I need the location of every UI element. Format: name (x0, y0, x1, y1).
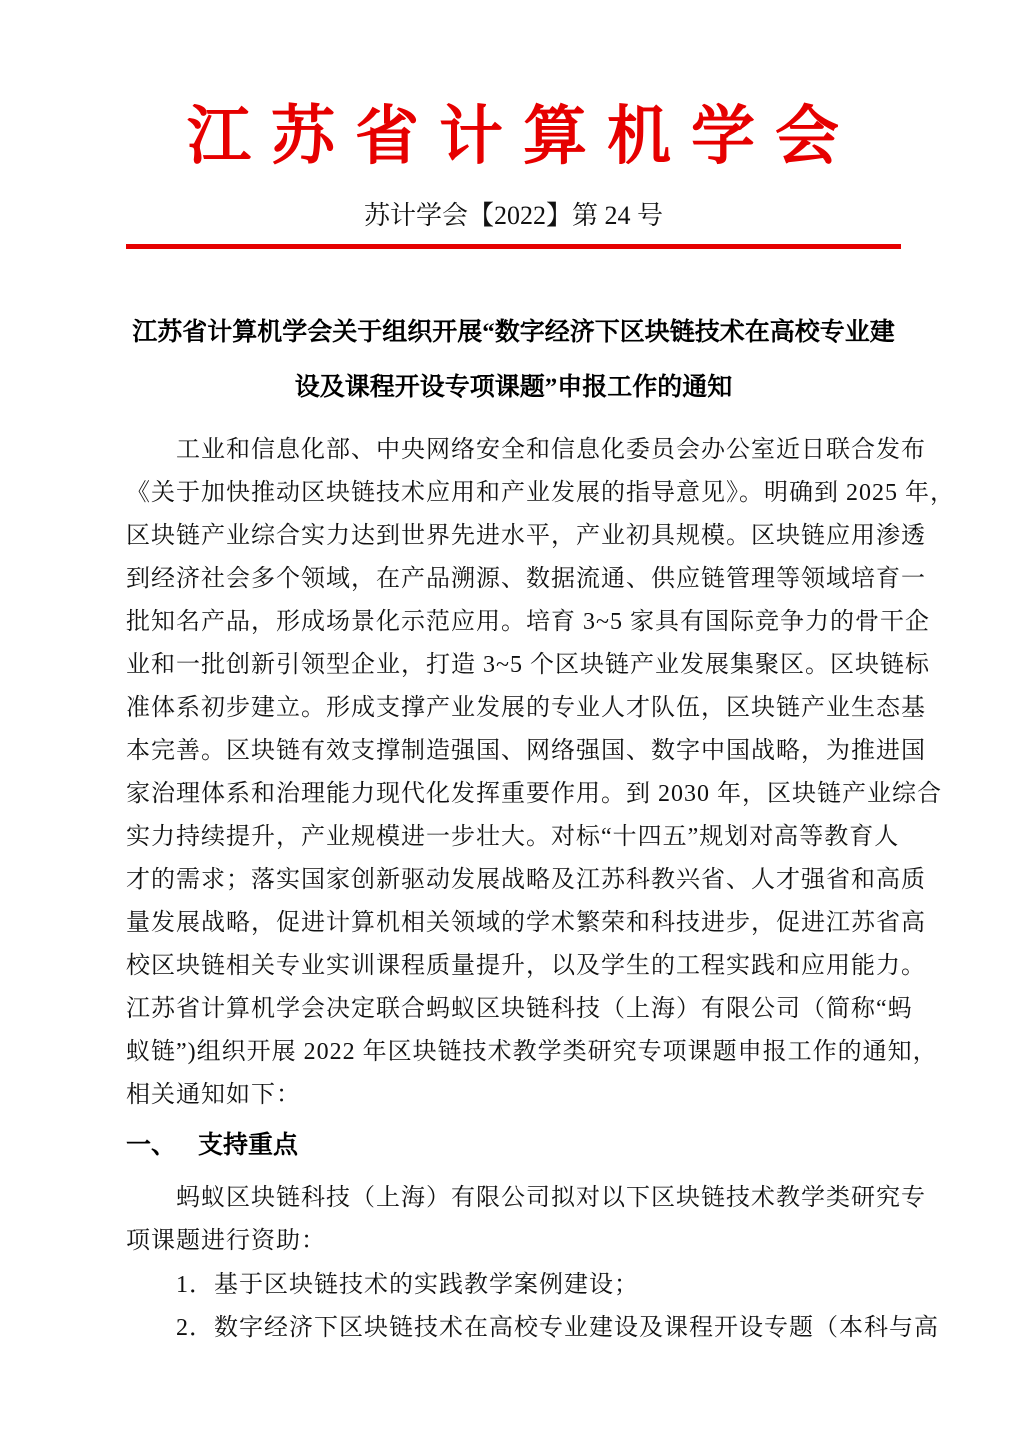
notice-title-line-2: 设及课程开设专项课题”申报工作的通知 (126, 360, 901, 415)
notice-title: 江苏省计算机学会关于组织开展“数字经济下区块链技术在高校专业建 设及课程开设专项… (126, 305, 901, 415)
body-line: 本完善。区块链有效支撑制造强国、网络强国、数字中国战略，为推进国 (126, 730, 901, 773)
body-line: 校区块链相关专业实训课程质量提升，以及学生的工程实践和应用能力。 (126, 945, 901, 988)
body-line: 蚁链”)组织开展 2022 年区块链技术教学类研究专项课题申报工作的通知， (126, 1031, 901, 1074)
notice-body: 工业和信息化部、中央网络安全和信息化委员会办公室近日联合发布 《关于加快推动区块… (126, 429, 901, 1117)
body-line: 蚂蚁区块链科技（上海）有限公司拟对以下区块链技术教学类研究专 (126, 1177, 901, 1220)
document-header: 江 苏 省 计 算 机 学 会 苏计学会【2022】第 24 号 (126, 100, 901, 249)
section-1-items: 1．基于区块链技术的实践教学案例建设； 2．数字经济下区块链技术在高校专业建设及… (126, 1264, 901, 1350)
notice-title-line-1: 江苏省计算机学会关于组织开展“数字经济下区块链技术在高校专业建 (126, 305, 901, 360)
body-line: 实力持续提升，产业规模进一步壮大。对标“十四五”规划对高等教育人 (126, 816, 901, 859)
section-1-heading-label: 支持重点 (198, 1123, 298, 1168)
body-line: 准体系初步建立。形成支撑产业发展的专业人才队伍，区块链产业生态基 (126, 687, 901, 730)
body-line: 相关通知如下： (126, 1074, 901, 1117)
body-line: 家治理体系和治理能力现代化发挥重要作用。到 2030 年，区块链产业综合 (126, 773, 901, 816)
body-line: 《关于加快推动区块链技术应用和产业发展的指导意见》。明确到 2025 年， (126, 472, 901, 515)
doc-number: 苏计学会【2022】第 24 号 (126, 200, 901, 231)
document-page: 江 苏 省 计 算 机 学 会 苏计学会【2022】第 24 号 江苏省计算机学… (0, 0, 1024, 1448)
body-line: 区块链产业综合实力达到世界先进水平，产业初具规模。区块链应用渗透 (126, 515, 901, 558)
section-1-paragraph: 蚂蚁区块链科技（上海）有限公司拟对以下区块链技术教学类研究专 项课题进行资助： (126, 1177, 901, 1263)
body-line: 到经济社会多个领域，在产品溯源、数据流通、供应链管理等领域培育一 (126, 558, 901, 601)
body-line: 业和一批创新引领型企业，打造 3~5 个区块链产业发展集聚区。区块链标 (126, 644, 901, 687)
body-line: 批知名产品，形成场景化示范应用。培育 3~5 家具有国际竞争力的骨干企 (126, 601, 901, 644)
section-1-heading: 一、 支持重点 (126, 1123, 901, 1168)
masthead-divider-rule (126, 244, 901, 249)
section-1-number: 一、 (126, 1123, 176, 1168)
list-item: 2．数字经济下区块链技术在高校专业建设及课程开设专题（本科与高 (126, 1307, 901, 1350)
body-line: 工业和信息化部、中央网络安全和信息化委员会办公室近日联合发布 (126, 429, 901, 472)
body-line: 项课题进行资助： (126, 1220, 901, 1263)
body-line: 江苏省计算机学会决定联合蚂蚁区块链科技（上海）有限公司（简称“蚂 (126, 988, 901, 1031)
body-line: 才的需求；落实国家创新驱动发展战略及江苏科教兴省、人才强省和高质 (126, 859, 901, 902)
body-line: 量发展战略，促进计算机相关领域的学术繁荣和科技进步，促进江苏省高 (126, 902, 901, 945)
list-item: 1．基于区块链技术的实践教学案例建设； (126, 1264, 901, 1307)
org-masthead-title: 江 苏 省 计 算 机 学 会 (126, 100, 901, 174)
